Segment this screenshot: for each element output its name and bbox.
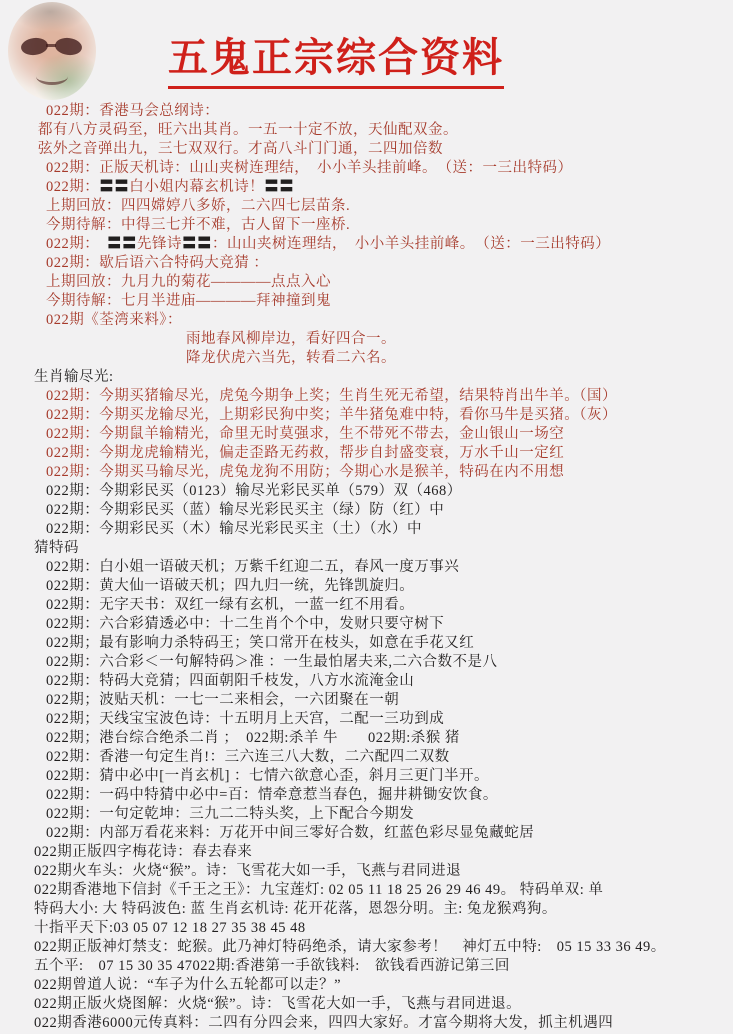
- text-segment: 022期正版四字梅花诗：春去春来: [34, 844, 252, 860]
- text-segment: 雨地春风柳岸边，看好四合一。: [186, 331, 396, 347]
- text-segment: 022期：猜中必中[一肖玄机] ：七情六欲意心歪，斜月三更门半开。: [46, 768, 489, 784]
- text-segment: 022期；最有影响力杀特码王；笑口常开在枝头，如意在手花又红: [46, 635, 474, 651]
- text-segment: 022期；港台综合绝杀二肖 ； 022期:杀羊 牛 022期:杀猴 猪: [46, 730, 460, 746]
- text-line: 022期曾道人说：“车子为什么五轮都可以走？”: [34, 976, 733, 995]
- text-line: 022期：无字天书：双红一绿有玄机，一蓝一红不用看。: [46, 596, 733, 615]
- text-line: 022期：今期彩民买（蓝）输尽光彩民买主（绿）防（红）中: [46, 501, 733, 520]
- text-segment: 生肖输尽光:: [34, 369, 114, 385]
- text-line: 生肖输尽光:: [34, 368, 733, 387]
- text-line: 022期：六合彩＜一句解特码＞准 ：一生最怕屠夫来,二六合数不是八: [46, 653, 733, 672]
- text-segment: 022期：香港马会总纲诗：: [46, 103, 219, 119]
- text-segment: 022期：今期买马输尽光，虎兔龙狗不用防；今期心水是猴羊，特码在内不用想: [46, 464, 564, 480]
- text-line: 022期：今期买龙输尽光，上期彩民狗中奖；羊牛猪兔难中特，看你马牛是买猪。（灰）: [46, 406, 733, 425]
- text-line: 022期：今期买马输尽光，虎兔龙狗不用防；今期心水是猴羊，特码在内不用想: [46, 463, 733, 482]
- text-line: 022期：今期彩民买（0123）输尽光彩民买单（579）双（468）: [46, 482, 733, 501]
- text-segment: 022期：歇后语六合特码大竞猜 ：: [46, 255, 268, 271]
- text-segment: 022期正版火烧图解：火烧“猴”。诗：飞雪花大如一手，飞燕与君同进退。: [34, 996, 521, 1012]
- text-line: 022期：〓〓白小姐内幕玄机诗！〓〓: [46, 178, 733, 197]
- text-segment: 022期火车头：火烧“猴”。诗：飞雪花大如一手，飞燕与君同进退: [34, 863, 461, 879]
- text-segment: 白小姐内幕玄机诗！: [129, 179, 264, 195]
- text-segment: 022期：无字天书：双红一绿有玄机，一蓝一红不用看。: [46, 597, 414, 613]
- page-title: 五鬼正宗综合资料: [168, 26, 504, 89]
- text-segment: 〓〓: [99, 179, 129, 195]
- text-line: 022期：内部万看花来料：万花开中间三零好合数，红蓝色彩尽显兔藏蛇居: [46, 824, 733, 843]
- text-line: 022期香港6000元传真料：二四有分四会来，四四大家好。才富今期将大发，抓主机…: [34, 1014, 733, 1033]
- text-line: 022期香港地下信封《千王之王》：九宝莲灯: 02 05 11 18 25 26…: [34, 881, 733, 900]
- text-line: 022期： 〓〓先锋诗〓〓：山山夹树连理结， 小小羊头挂前峰。 （送：一三出特码…: [46, 235, 733, 254]
- text-segment: 022期：特码大竞猜；四面朝阳千枝发，八方水流淹金山: [46, 673, 414, 689]
- text-line: 今期待解：中得三七并不难，古人留下一座桥.: [46, 216, 733, 235]
- text-segment: 022期：一码中特猜中必中=百：情牵意惹当春色，掘井耕锄安饮食。: [46, 787, 498, 803]
- text-segment: 〓〓: [107, 236, 137, 252]
- text-segment: 022期：内部万看花来料：万花开中间三零好合数，红蓝色彩尽显兔藏蛇居: [46, 825, 534, 841]
- text-segment: 022期：白小姐一语破天机；万紫千红迎二五，春风一度万事兴: [46, 559, 459, 575]
- text-segment: 022期：香港一句定生肖!：三六连三八大数，二六配四二双数: [46, 749, 450, 765]
- text-line: 022期：特码大竞猜；四面朝阳千枝发，八方水流淹金山: [46, 672, 733, 691]
- text-segment: 022期香港地下信封《千王之王》：九宝莲灯: 02 05 11 18 25 26…: [34, 882, 603, 898]
- text-line: 022期：六合彩猜透必中：十二生肖个个中，发财只要守树下: [46, 615, 733, 634]
- text-segment: 022期正版神灯禁支：蛇猴。此乃神灯特码绝杀，请大家参考！ 神灯五中特: 05 …: [34, 939, 666, 955]
- text-segment: 十指平天下:03 05 07 12 18 27 35 38 45 48: [34, 920, 306, 936]
- text-segment: 特码大小: 大 特码波色: 蓝 生肖玄机诗: 花开花落，恩怨分明。主: 兔龙猴鸡…: [34, 901, 557, 917]
- text-segment: 022期：今期龙虎输精光，偏走歪路无药救，帮步自封盛变衰，万水千山一定红: [46, 445, 564, 461]
- text-line: 今期待解：七月半进庙————拜神撞到鬼: [46, 292, 733, 311]
- text-segment: 022期：今期鼠羊输精光，命里无时莫强求，生不带死不带去，金山银山一场空: [46, 426, 564, 442]
- text-segment: 022期香港6000元传真料：二四有分四会来，四四大家好。才富今期将大发，抓主机…: [34, 1015, 613, 1031]
- text-line: 022期：一码中特猜中必中=百：情牵意惹当春色，掘井耕锄安饮食。: [46, 786, 733, 805]
- text-line: 上期回放：四四嫦婷八多娇，二六四七层苗条.: [46, 197, 733, 216]
- text-segment: 上期回放：九月九的菊花————点点入心: [46, 274, 331, 290]
- text-segment: 022期；波贴天机：一七一二来相会，一六团聚在一朝: [46, 692, 399, 708]
- text-line: 022期；最有影响力杀特码王；笑口常开在枝头，如意在手花又红: [46, 634, 733, 653]
- text-line: 022期：今期龙虎输精光，偏走歪路无药救，帮步自封盛变衰，万水千山一定红: [46, 444, 733, 463]
- text-segment: ：山山夹树连理结， 小小羊头挂前峰。 （送：一三出特码）: [212, 236, 610, 252]
- text-segment: 022期；天线宝宝波色诗：十五明月上天宫，二配一三功到成: [46, 711, 444, 727]
- text-segment: 今期待解：中得三七并不难，古人留下一座桥.: [46, 217, 350, 233]
- text-line: 雨地春风柳岸边，看好四合一。: [186, 330, 733, 349]
- text-line: 022期火车头：火烧“猴”。诗：飞雪花大如一手，飞燕与君同进退: [34, 862, 733, 881]
- text-line: 十指平天下:03 05 07 12 18 27 35 38 45 48: [34, 919, 733, 938]
- text-segment: 022期：今期彩民买（木）输尽光彩民买主（土）（水）中: [46, 521, 422, 537]
- page-header: 五鬼正宗综合资料: [0, 0, 733, 100]
- sunglasses-bridge: [46, 44, 56, 47]
- text-line: 022期：黄大仙一语破天机；四九归一统，先锋凯旋归。: [46, 577, 733, 596]
- text-segment: 猜特码: [34, 540, 79, 556]
- sunglasses-left-lens: [20, 36, 49, 56]
- text-line: 五个平: 07 15 30 35 47022期:香港第一手欲钱料: 欲钱看西游记…: [34, 957, 733, 976]
- text-segment: 022期曾道人说：“车子为什么五轮都可以走？”: [34, 977, 341, 993]
- text-segment: 五个平: 07 15 30 35 47022期:香港第一手欲钱料: 欲钱看西游记…: [34, 958, 510, 974]
- text-line: 022期：正版天机诗：山山夹树连理结， 小小羊头挂前峰。 （送：一三出特码）: [46, 159, 733, 178]
- text-segment: 022期：今期彩民买（蓝）输尽光彩民买主（绿）防（红）中: [46, 502, 444, 518]
- text-segment: 都有八方灵码至，旺六出其肖。一五一十定不放，天仙配双金。: [38, 122, 458, 138]
- text-line: 弦外之音弹出九，三七双双行。才高八斗门门通，二四加倍数: [38, 140, 733, 159]
- text-segment: 022期：今期彩民买（0123）输尽光彩民买单（579）双（468）: [46, 483, 462, 499]
- sunglasses-right-lens: [54, 36, 83, 56]
- text-line: 022期；港台综合绝杀二肖 ； 022期:杀羊 牛 022期:杀猴 猪: [46, 729, 733, 748]
- text-segment: 022期：一句定乾坤：三九二二特头奖，上下配合今期发: [46, 806, 414, 822]
- text-line: 022期：一句定乾坤：三九二二特头奖，上下配合今期发: [46, 805, 733, 824]
- text-segment: 022期：: [46, 179, 99, 195]
- text-segment: 022期：今期买龙输尽光，上期彩民狗中奖；羊牛猪兔难中特，看你马牛是买猪。（灰）: [46, 407, 617, 423]
- text-line: 022期；波贴天机：一七一二来相会，一六团聚在一朝: [46, 691, 733, 710]
- text-line: 022期：今期买猪输尽光，虎兔今期争上奖；生肖生死无希望，结果特肖出牛羊。（国）: [46, 387, 733, 406]
- text-line: 022期：今期彩民买（木）输尽光彩民买主（土）（水）中: [46, 520, 733, 539]
- smile-mark: [36, 68, 68, 85]
- text-line: 都有八方灵码至，旺六出其肖。一五一十定不放，天仙配双金。: [38, 121, 733, 140]
- text-segment: 022期：今期买猪输尽光，虎兔今期争上奖；生肖生死无希望，结果特肖出牛羊。（国）: [46, 388, 617, 404]
- text-line: 022期：歇后语六合特码大竞猜 ：: [46, 254, 733, 273]
- text-line: 降龙伏虎六当先，转看二六名。: [186, 349, 733, 368]
- text-line: 022期；天线宝宝波色诗：十五明月上天宫，二配一三功到成: [46, 710, 733, 729]
- text-segment: 022期：六合彩＜一句解特码＞准 ：一生最怕屠夫来,二六合数不是八: [46, 654, 498, 670]
- text-segment: 022期：六合彩猜透必中：十二生肖个个中，发财只要守树下: [46, 616, 444, 632]
- author-photo: [8, 2, 96, 100]
- text-line: 猜特码: [34, 539, 733, 558]
- text-segment: 上期回放：四四嫦婷八多娇，二六四七层苗条.: [46, 198, 350, 214]
- text-line: 022期：香港一句定生肖!：三六连三八大数，二六配四二双数: [46, 748, 733, 767]
- text-line: 022期《荃湾来料》：: [46, 311, 733, 330]
- text-line: 022期正版神灯禁支：蛇猴。此乃神灯特码绝杀，请大家参考！ 神灯五中特: 05 …: [34, 938, 733, 957]
- text-segment: 降龙伏虎六当先，转看二六名。: [186, 350, 396, 366]
- text-segment: 022期《荃湾来料》：: [46, 312, 182, 328]
- text-line: 022期：白小姐一语破天机；万紫千红迎二五，春风一度万事兴: [46, 558, 733, 577]
- text-segment: 先锋诗: [137, 236, 182, 252]
- text-segment: 弦外之音弹出九，三七双双行。才高八斗门门通，二四加倍数: [38, 141, 443, 157]
- text-line: 022期：香港马会总纲诗：: [46, 102, 733, 121]
- text-segment: 〓〓: [264, 179, 294, 195]
- text-segment: 022期：: [46, 236, 107, 252]
- text-segment: 022期：正版天机诗：山山夹树连理结， 小小羊头挂前峰。 （送：一三出特码）: [46, 160, 573, 176]
- text-line: 022期：猜中必中[一肖玄机] ：七情六欲意心歪，斜月三更门半开。: [46, 767, 733, 786]
- text-line: 022期正版火烧图解：火烧“猴”。诗：飞雪花大如一手，飞燕与君同进退。: [34, 995, 733, 1014]
- text-segment: 〓〓: [182, 236, 212, 252]
- text-line: 上期回放：九月九的菊花————点点入心: [46, 273, 733, 292]
- text-line: 022期：今期鼠羊输精光，命里无时莫强求，生不带死不带去，金山银山一场空: [46, 425, 733, 444]
- text-segment: 022期：黄大仙一语破天机；四九归一统，先锋凯旋归。: [46, 578, 414, 594]
- text-line: 022期正版四字梅花诗：春去春来: [34, 843, 733, 862]
- text-body: 022期：香港马会总纲诗：都有八方灵码至，旺六出其肖。一五一十定不放，天仙配双金…: [46, 102, 733, 1033]
- text-line: 特码大小: 大 特码波色: 蓝 生肖玄机诗: 花开花落，恩怨分明。主: 兔龙猴鸡…: [34, 900, 733, 919]
- text-segment: 今期待解：七月半进庙————拜神撞到鬼: [46, 293, 331, 309]
